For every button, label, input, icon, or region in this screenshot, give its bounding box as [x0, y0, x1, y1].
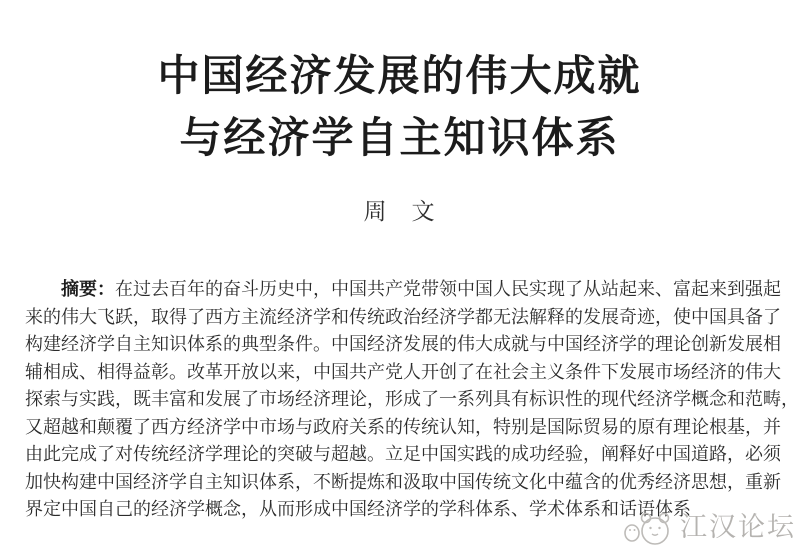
- abstract-paragraph: 摘要：在过去百年的奋斗历史中，中国共产党带领中国人民实现了从站起来、富起来到强起…: [25, 276, 773, 524]
- abstract-line-text: 在过去百年的奋斗历史中，中国共产党带领中国人民实现了从站起来、富起来到强起: [115, 279, 781, 299]
- abstract-line: 加快构建中国经济学自主知识体系，不断提炼和汲取中国传统文化中蕴含的优秀经济思想，…: [25, 469, 773, 497]
- article-title: 中国经济发展的伟大成就 与经济学自主知识体系: [0, 46, 799, 170]
- abstract-line: 界定中国自己的经济学概念，从而形成中国经济学的学科体系、学术体系和话语体系: [25, 496, 773, 524]
- abstract-line: 由此完成了对传统经济学理论的突破与超越。立足中国实践的成功经验，阐释好中国道路，…: [25, 441, 773, 469]
- author-name: 周 文: [0, 197, 799, 227]
- abstract-line: 探索与实践，既丰富和发展了市场经济理论，形成了一系列具有标识性的现代经济学概念和…: [25, 386, 773, 414]
- abstract-label: 摘要：: [61, 279, 115, 299]
- document-page: 中国经济发展的伟大成就 与经济学自主知识体系 周 文 摘要：在过去百年的奋斗历史…: [0, 0, 799, 553]
- abstract-line: 来的伟大飞跃，取得了西方主流经济学和传统政治经济学都无法解释的发展奇迹，使中国具…: [25, 304, 773, 332]
- abstract-line: 又超越和颠覆了西方经济学中市场与政府关系的传统认知，特别是国际贸易的原有理论根基…: [25, 414, 773, 442]
- article-title-line1: 中国经济发展的伟大成就: [0, 46, 799, 108]
- abstract-line: 辅相成、相得益彰。改革开放以来，中国共产党人开创了在社会主义条件下发展市场经济的…: [25, 359, 773, 387]
- article-title-line2: 与经济学自主知识体系: [0, 108, 799, 170]
- abstract-line: 构建经济学自主知识体系的典型条件。中国经济发展的伟大成就与中国经济学的理论创新发…: [25, 331, 773, 359]
- abstract-line: 摘要：在过去百年的奋斗历史中，中国共产党带领中国人民实现了从站起来、富起来到强起: [25, 276, 773, 304]
